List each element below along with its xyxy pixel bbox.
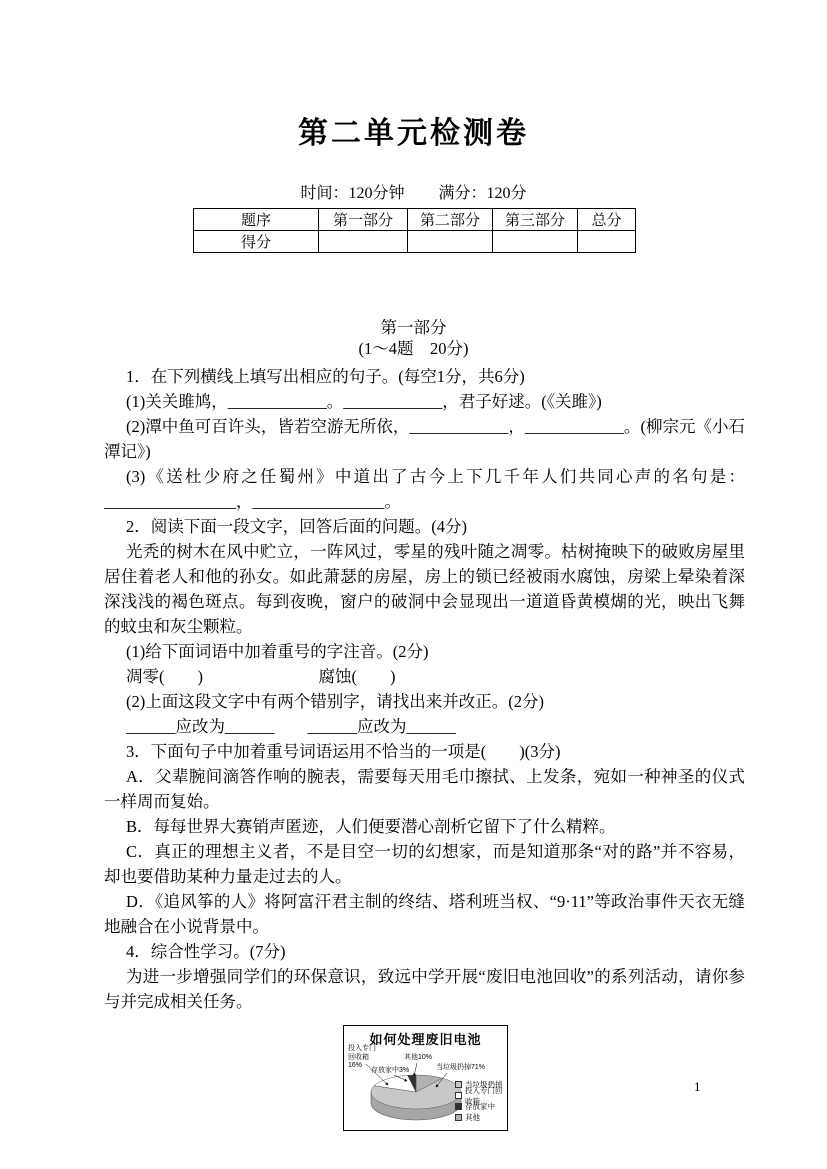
score-table-header-row: 题序 第一部分 第二部分 第三部分 总分 — [194, 209, 636, 231]
header-question-order: 题序 — [194, 209, 319, 231]
question-2-passage: 光秃的树木在风中贮立，一阵风过，零星的残叶随之凋零。枯树掩映下的破败房屋里居住着… — [104, 539, 745, 639]
question-4: 4．综合性学习。(7分) — [104, 939, 745, 964]
legend-swatch — [455, 1081, 462, 1088]
callout-home: 存放家中3% — [371, 1067, 409, 1076]
question-1-blank-3: (3)《送杜少府之任蜀州》中道出了古今上下几千年人们共同心声的名句是：_____… — [104, 464, 745, 514]
question-2-correction-line: ______应改为______ ______应改为______ — [104, 714, 745, 739]
exam-page: { "page": { "title": "第二单元检测卷", "page_nu… — [0, 0, 827, 1169]
section-subtitle: (1～4题 20分) — [0, 338, 827, 359]
arrow-home — [394, 1075, 407, 1081]
page-title: 第二单元检测卷 — [0, 116, 827, 152]
legend-swatch — [455, 1092, 462, 1099]
battery-pie-chart: 如何处理废旧电池 投入专门回收箱16% 存放家中3% 其他10% 当垃圾扔掉71… — [343, 1025, 508, 1131]
legend-item: 投入专门回收箱 — [455, 1090, 507, 1101]
question-3-option-b: B．每每世界大赛销声匿迹，人们便要潜心剖析它留下了什么精粹。 — [104, 814, 745, 839]
legend-label: 存放家中 — [465, 1101, 495, 1112]
callout-trash: 当垃圾扔掉71% — [436, 1064, 485, 1073]
question-1-blank-1: (1)关关雎鸠，____________。____________，君子好逑。(… — [104, 389, 745, 414]
question-1-blank-2: (2)潭中鱼可百许头，皆若空游无所依，____________，________… — [104, 414, 745, 464]
question-3-option-d: D．《追风筝的人》将阿富汗君主制的终结、塔利班当权、“9·11”等政治事件天衣无… — [104, 889, 745, 939]
question-3: 3．下面句子中加着重号词语运用不恰当的一项是( )(3分) — [104, 739, 745, 764]
legend-item: 其他 — [455, 1112, 507, 1123]
exam-full-score: 满分：120分 — [439, 185, 527, 202]
question-2-sub-2: (2)上面这段文字中有两个错别字，请找出来并改正。(2分) — [104, 689, 745, 714]
question-2-pinyin-line: 凋零( ) 腐蚀( ) — [104, 664, 745, 689]
header-part-1: 第一部分 — [319, 209, 408, 231]
arrow-other — [414, 1063, 417, 1076]
score-cell-part-1 — [319, 231, 408, 253]
question-3-option-a: A．父辈腕间滴答作响的腕表，需要每天用毛巾擦拭、上发条，宛如一种神圣的仪式一样周… — [104, 764, 745, 814]
legend-swatch — [455, 1114, 462, 1121]
score-table-score-row: 得分 — [194, 231, 636, 253]
score-cell-total — [578, 231, 636, 253]
section-title: 第一部分 — [0, 317, 827, 338]
page-number: 1 — [694, 1079, 701, 1095]
score-cell-part-3 — [493, 231, 578, 253]
question-4-intro: 为进一步增强同学们的环保意识，致远中学开展“废旧电池回收”的系列活动，请你参与并… — [104, 964, 745, 1014]
arrow-trash — [436, 1073, 447, 1087]
section-heading: 第一部分 (1～4题 20分) — [0, 317, 827, 359]
header-part-3: 第三部分 — [493, 209, 578, 231]
callout-other: 其他10% — [404, 1054, 432, 1063]
exam-meta: 时间：120分钟满分：120分 — [0, 184, 827, 203]
question-2-sub-1: (1)给下面词语中加着重号的字注音。(2分) — [104, 639, 745, 664]
chart-legend: 当垃圾扔掉投入专门回收箱存放家中其他 — [455, 1079, 507, 1123]
question-3-option-c: C．真正的理想主义者，不是目空一切的幻想家，而是知道那条“对的路”并不容易，却也… — [104, 839, 745, 889]
score-cell-part-2 — [408, 231, 493, 253]
question-2: 2．阅读下面一段文字，回答后面的问题。(4分) — [104, 514, 745, 539]
score-row-label: 得分 — [194, 231, 319, 253]
legend-label: 其他 — [465, 1112, 480, 1123]
question-body: 1．在下列横线上填写出相应的句子。(每空1分，共6分) (1)关关雎鸠，____… — [104, 364, 745, 1014]
score-table: 题序 第一部分 第二部分 第三部分 总分 得分 — [193, 208, 636, 253]
question-1: 1．在下列横线上填写出相应的句子。(每空1分，共6分) — [104, 364, 745, 389]
header-total: 总分 — [578, 209, 636, 231]
exam-time: 时间：120分钟 — [300, 185, 404, 202]
legend-swatch — [455, 1103, 462, 1110]
header-part-2: 第二部分 — [408, 209, 493, 231]
